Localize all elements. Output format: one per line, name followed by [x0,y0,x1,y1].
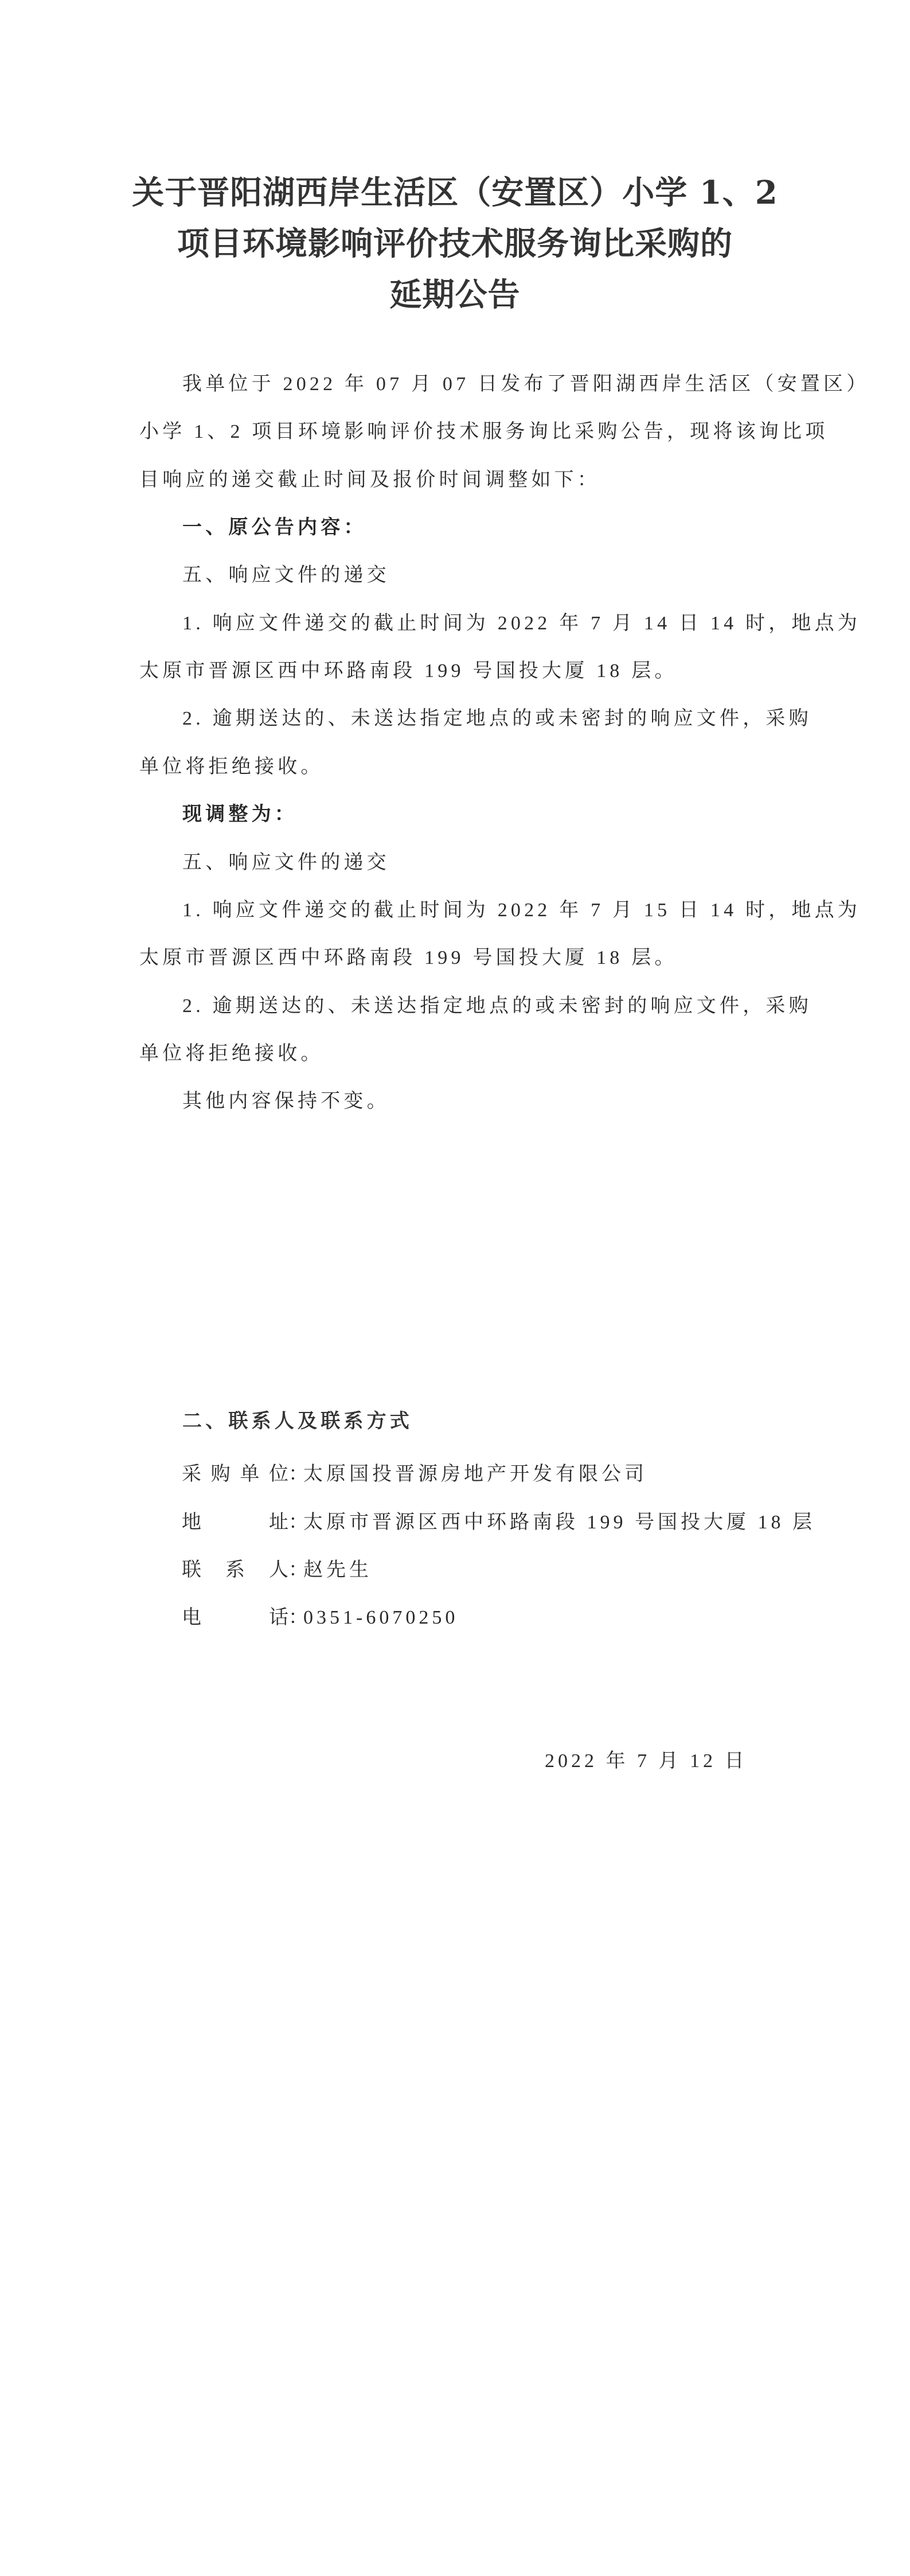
section-original-subheading: 五、响应文件的递交 [182,564,813,587]
contact-label: 联系人 [182,1559,288,1582]
adjusted-item2-line1: 2. 逾期送达的、未送达指定地点的或未密封的响应文件，采购 [182,995,813,1018]
adjusted-item2-line2: 单位将拒绝接收。 [139,1042,770,1065]
contact-colon: ： [288,1606,303,1629]
contact-colon: ： [288,1559,303,1582]
document-date: 2022 年 7 月 12 日 [545,1750,748,1773]
contact-row-purchaser: 采购单位：太原国投晋源房地产开发有限公司 [182,1463,647,1486]
original-item1-line2: 太原市晋源区西中环路南段 199 号国投大厦 18 层。 [139,660,770,683]
original-item2-line1: 2. 逾期送达的、未送达指定地点的或未密封的响应文件，采购 [182,707,813,730]
adjusted-item1-line1: 1. 响应文件递交的截止时间为 2022 年 7 月 15 日 14 时，地点为 [182,899,813,922]
title-line-3: 延期公告 [115,270,795,321]
adjusted-item1-line2: 太原市晋源区西中环路南段 199 号国投大厦 18 层。 [139,947,770,970]
contact-value: 0351-6070250 [303,1607,458,1628]
original-item2-line2: 单位将拒绝接收。 [139,756,770,779]
title-line-2: 项目环境影响评价技术服务询比采购的 [115,219,795,270]
original-item1-line1: 1. 响应文件递交的截止时间为 2022 年 7 月 14 日 14 时，地点为 [182,612,813,635]
contact-value: 太原国投晋源房地产开发有限公司 [303,1464,647,1485]
section-adjusted-subheading: 五、响应文件的递交 [182,851,813,874]
section-original-heading: 一、原公告内容： [182,516,813,539]
contact-colon: ： [288,1511,303,1534]
contact-label: 地址 [182,1511,288,1534]
contact-label: 电话 [182,1606,288,1629]
other-unchanged-note: 其他内容保持不变。 [182,1090,813,1113]
contact-label: 采购单位 [182,1463,288,1486]
intro-line-3: 目响应的递交截止时间及报价时间调整如下： [139,469,770,492]
contact-value: 太原市晋源区西中环路南段 199 号国投大厦 18 层 [303,1512,815,1533]
section-contact-heading: 二、联系人及联系方式 [182,1410,813,1433]
section-adjusted-heading: 现调整为： [182,803,813,826]
document-page: 关于晋阳湖西岸生活区（安置区）小学 1、2 项目环境影响评价技术服务询比采购的 … [0,0,910,2576]
title-line-1: 关于晋阳湖西岸生活区（安置区）小学 1、2 [115,168,795,219]
document-title: 关于晋阳湖西岸生活区（安置区）小学 1、2 项目环境影响评价技术服务询比采购的 … [115,168,795,321]
contact-row-address: 地址：太原市晋源区西中环路南段 199 号国投大厦 18 层 [182,1511,815,1534]
intro-line-2: 小学 1、2 项目环境影响评价技术服务询比采购公告，现将该询比项 [139,421,770,443]
contact-value: 赵先生 [303,1559,372,1581]
contact-row-person: 联系人：赵先生 [182,1559,372,1582]
intro-line-1: 我单位于 2022 年 07 月 07 日发布了晋阳湖西岸生活区（安置区） [182,373,813,396]
contact-colon: ： [288,1463,303,1486]
contact-row-phone: 电话：0351-6070250 [182,1606,458,1629]
